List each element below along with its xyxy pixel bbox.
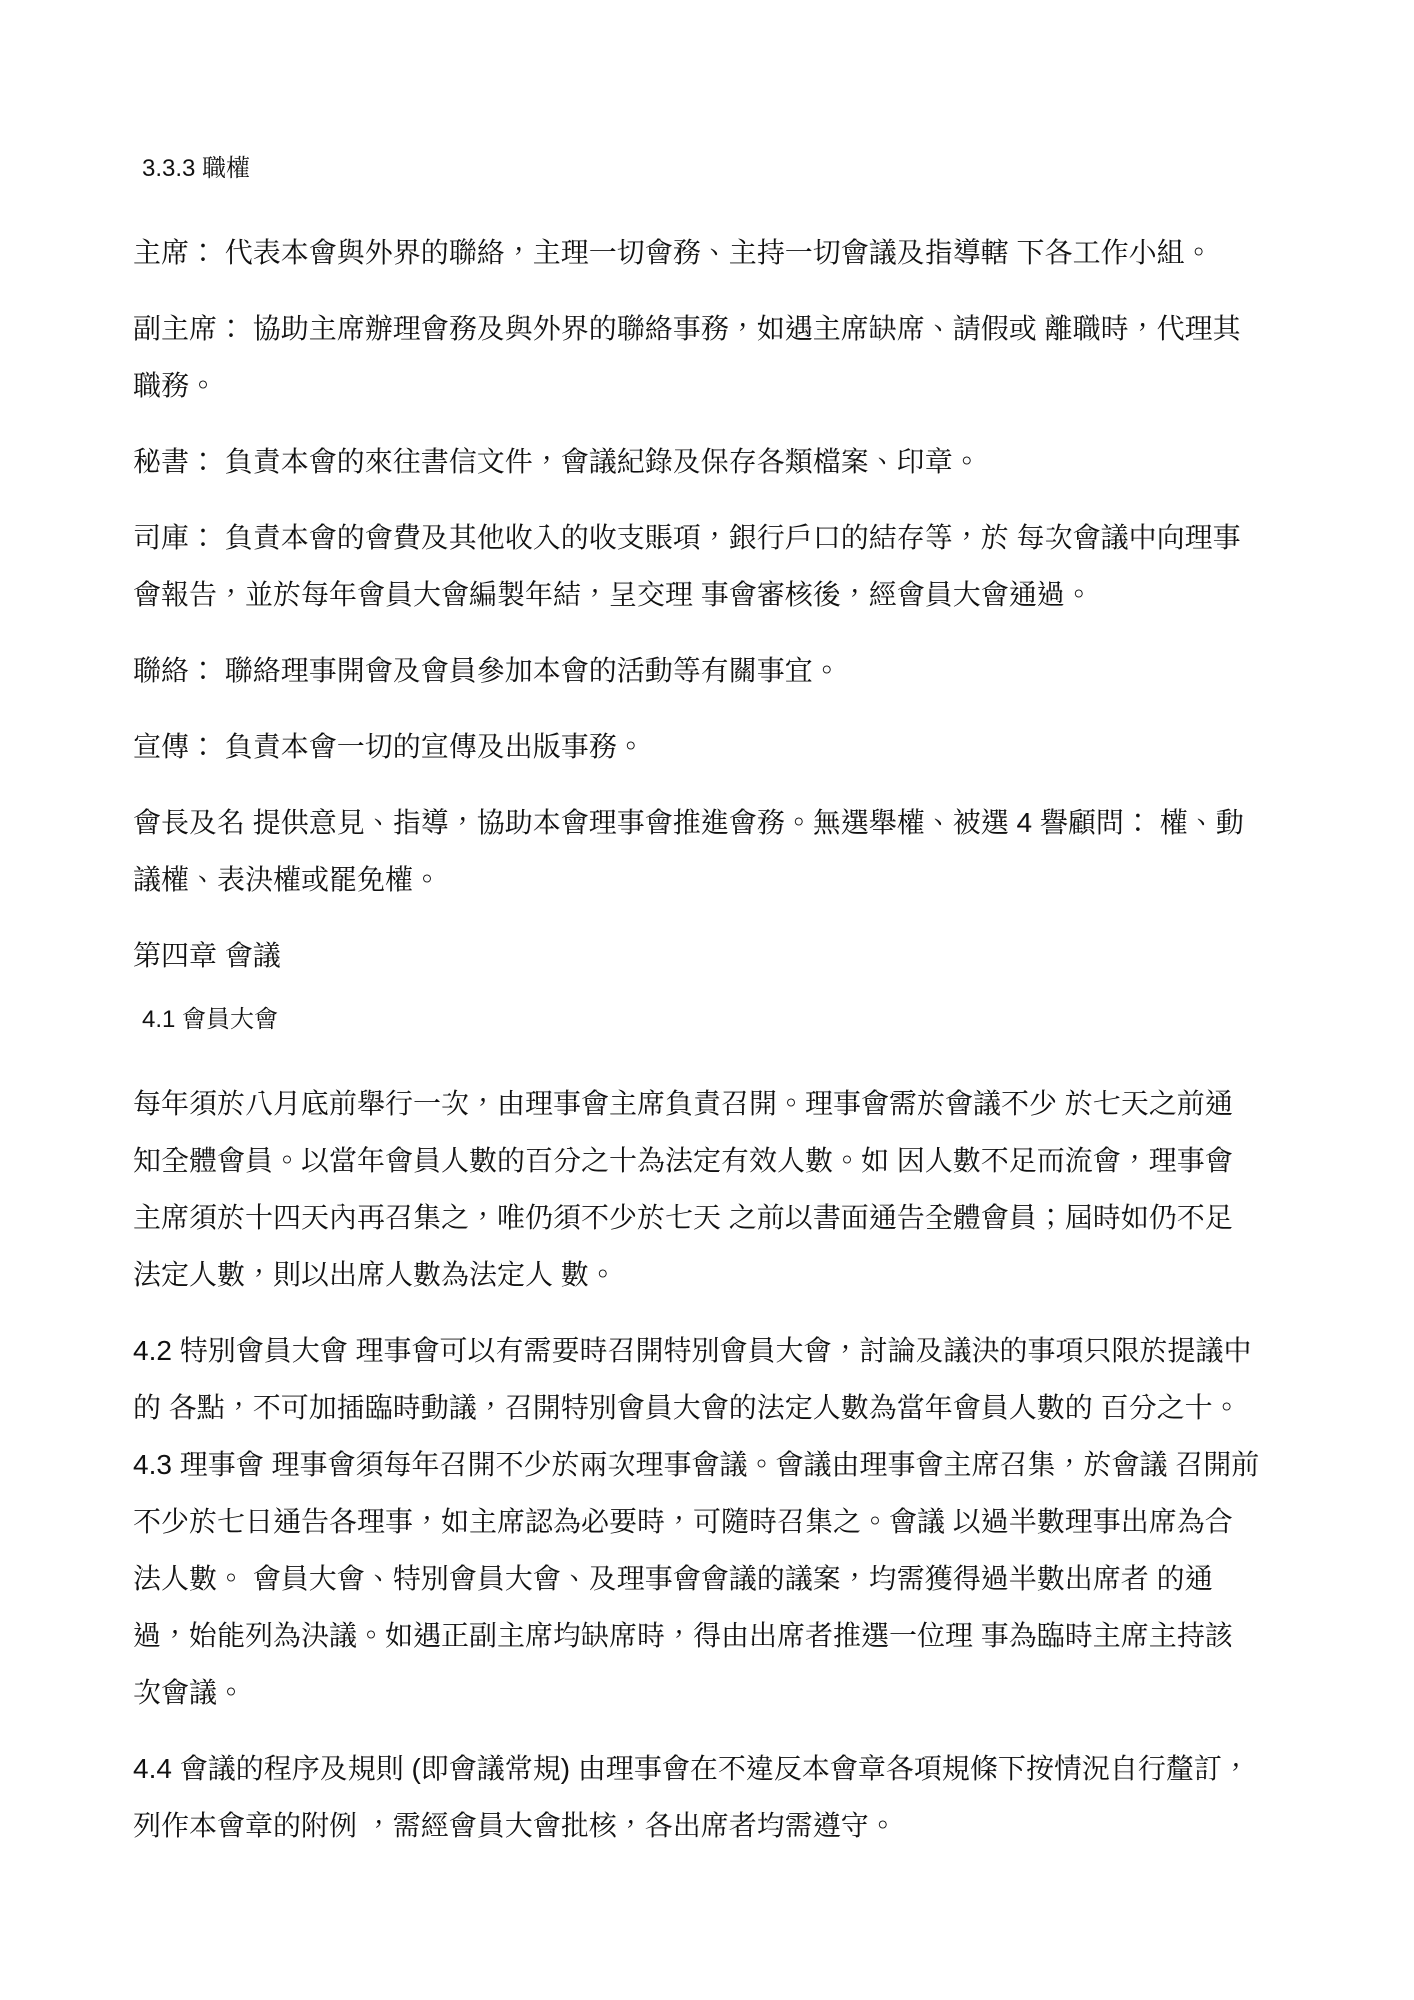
chapter-heading-4-meetings: 第四章 會議	[133, 927, 1366, 984]
section-heading-4-1-general-meeting: 4.1 會員大會	[133, 1003, 1366, 1037]
paragraph-chairman-duties: 主席： 代表本會與外界的聯絡，主理一切會務、主持一切會議及指導轄 下各工作小組。	[133, 224, 1366, 281]
paragraph-secretary-duties: 秘書： 負責本會的來往書信文件，會議紀錄及保存各類檔案、印章。	[133, 433, 1366, 490]
paragraph-publicity-duties: 宣傳： 負責本會一切的宣傳及出版事務。	[133, 718, 1366, 775]
paragraph-special-meeting-and-council: 4.2 特別會員大會 理事會可以有需要時召開特別會員大會，討論及議決的事項只限於…	[133, 1322, 1366, 1721]
paragraph-vice-chairman-duties: 副主席： 協助主席辦理會務及與外界的聯絡事務，如遇主席缺席、請假或 離職時，代理…	[133, 300, 1366, 414]
document-page: 3.3.3 職權 主席： 代表本會與外界的聯絡，主理一切會務、主持一切會議及指導…	[0, 0, 1414, 2000]
paragraph-annual-general-meeting: 每年須於八月底前舉行一次，由理事會主席負責召開。理事會需於會議不少 於七天之前通…	[133, 1075, 1366, 1303]
paragraph-president-honorary-advisors: 會長及名 提供意見、指導，協助本會理事會推進會務。無選舉權、被選 4 譽顧問： …	[133, 794, 1366, 908]
paragraph-meeting-rules: 4.4 會議的程序及規則 (即會議常規) 由理事會在不違反本會章各項規條下按情況…	[133, 1740, 1366, 1854]
section-heading-3-3-3-duties: 3.3.3 職權	[133, 152, 1366, 186]
paragraph-liaison-duties: 聯絡： 聯絡理事開會及會員參加本會的活動等有關事宜。	[133, 642, 1366, 699]
paragraph-treasurer-duties: 司庫： 負責本會的會費及其他收入的收支賬項，銀行戶口的結存等，於 每次會議中向理…	[133, 509, 1366, 623]
